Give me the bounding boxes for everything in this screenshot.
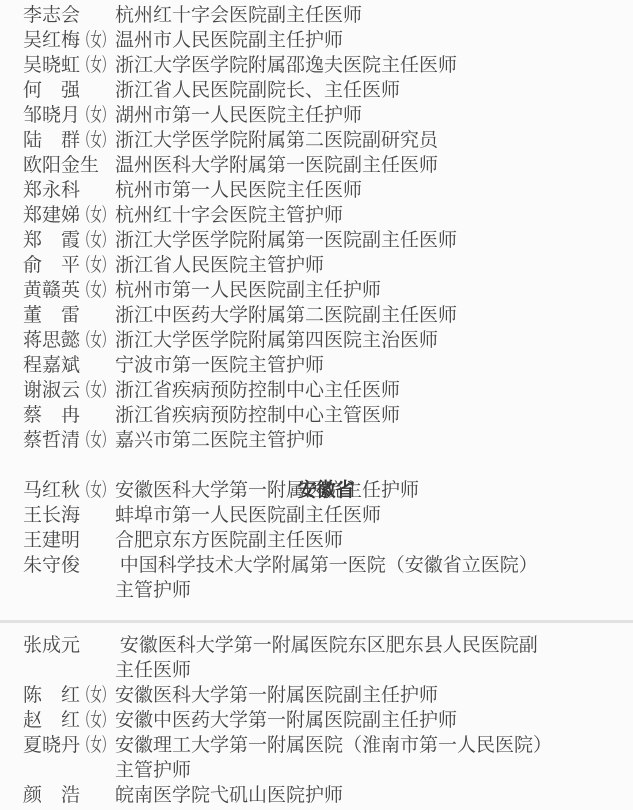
- gender-note: （女）: [79, 378, 113, 403]
- gender-note: （女）: [79, 203, 113, 228]
- affiliation-title: 湖州市第一人民医院主任护师: [115, 103, 362, 128]
- roster-entry: 郑 霞 （女） 浙江大学医学院附属第一医院副主任医师: [0, 228, 633, 253]
- affiliation-title: 温州市人民医院副主任护师: [115, 28, 343, 53]
- affiliation-title: 嘉兴市第二医院主管护师: [115, 428, 324, 453]
- affiliation-title: 皖南医学院弋矶山医院护师: [115, 783, 343, 808]
- affiliation-title-continued: 主管护师: [115, 758, 191, 783]
- affiliation-title: 合肥京东方医院副主任医师: [115, 528, 343, 553]
- roster-entry: 赵 红 （女） 安徽中医药大学第一附属医院副主任护师: [0, 708, 633, 733]
- person-name: 黄赣英: [23, 278, 80, 303]
- affiliation-title: 安徽医科大学第一附属医院东区肥东县人民医院副: [115, 633, 538, 658]
- affiliation-title: 杭州市第一人民医院主任医师: [115, 178, 362, 203]
- roster-entry: 马红秋 （女） 安徽医科大学第一附属医院主任护师: [0, 478, 633, 503]
- gender-note: （女）: [79, 428, 113, 453]
- roster-entry: 邹晓月 （女） 湖州市第一人民医院主任护师: [0, 103, 633, 128]
- person-name: 邹晓月: [23, 103, 80, 128]
- page-divider-line: [0, 620, 633, 623]
- affiliation-title: 浙江大学医学院附属第四医院主治医师: [115, 328, 438, 353]
- roster-entry: 李志会 杭州红十字会医院副主任医师: [0, 3, 633, 28]
- person-name: 王长海: [23, 503, 80, 528]
- roster-entry: 郑永科 杭州市第一人民医院主任医师: [0, 178, 633, 203]
- affiliation-title: 中国科学技术大学附属第一医院（安徽省立医院）: [115, 553, 538, 578]
- page-break-gap: [0, 603, 633, 633]
- affiliation-title-continued: 主管护师: [115, 578, 191, 603]
- gender-note: （女）: [79, 128, 113, 153]
- gender-note: （女）: [79, 478, 113, 503]
- person-name: 程嘉斌: [23, 353, 80, 378]
- affiliation-continuation-line: 主任医师: [0, 658, 633, 683]
- gender-note: （女）: [79, 228, 113, 253]
- affiliation-title: 杭州市第一人民医院副主任护师: [115, 278, 381, 303]
- gender-note: （女）: [79, 253, 113, 278]
- gender-note: （女）: [79, 683, 113, 708]
- gender-note: （女）: [79, 733, 113, 758]
- roster-entry: 吴晓虹 （女） 浙江大学医学院附属邵逸夫医院主任医师: [0, 53, 633, 78]
- gender-note: （女）: [79, 328, 113, 353]
- person-name: 董 雷: [23, 303, 80, 328]
- person-name: 俞 平: [23, 253, 80, 278]
- person-name: 王建明: [23, 528, 80, 553]
- person-name: 郑建娣: [23, 203, 80, 228]
- person-name: 吴红梅: [23, 28, 80, 53]
- affiliation-title: 浙江大学医学院附属邵逸夫医院主任医师: [115, 53, 457, 78]
- affiliation-title: 安徽中医药大学第一附属医院副主任护师: [115, 708, 457, 733]
- roster-entry: 董 雷 浙江中医药大学附属第二医院副主任医师: [0, 303, 633, 328]
- affiliation-title-continued: 主任医师: [115, 658, 191, 683]
- person-name: 张成元: [23, 633, 80, 658]
- roster-entry: 何 强 浙江省人民医院副院长、主任医师: [0, 78, 633, 103]
- roster-entry: 王建明 合肥京东方医院副主任医师: [0, 528, 633, 553]
- person-name: 欧阳金生: [23, 153, 99, 178]
- gender-note: （女）: [79, 28, 113, 53]
- affiliation-title: 安徽医科大学第一附属医院主任护师: [115, 478, 419, 503]
- person-name: 蔡哲清: [23, 428, 80, 453]
- gender-note: （女）: [79, 103, 113, 128]
- person-name: 颜 浩: [23, 783, 80, 808]
- affiliation-title: 杭州红十字会医院主管护师: [115, 203, 343, 228]
- roster-entry: 蔡哲清 （女） 嘉兴市第二医院主管护师: [0, 428, 633, 453]
- affiliation-title: 浙江省人民医院主管护师: [115, 253, 324, 278]
- affiliation-title: 安徽理工大学第一附属医院（淮南市第一人民医院）: [115, 733, 552, 758]
- affiliation-title: 宁波市第一医院主管护师: [115, 353, 324, 378]
- gender-note: （女）: [79, 278, 113, 303]
- roster-entry: 朱守俊 中国科学技术大学附属第一医院（安徽省立医院）: [0, 553, 633, 578]
- affiliation-title: 温州医科大学附属第一医院副主任医师: [115, 153, 438, 178]
- affiliation-title: 浙江中医药大学附属第二医院副主任医师: [115, 303, 457, 328]
- person-name: 陈 红: [23, 683, 80, 708]
- person-name: 蒋思懿: [23, 328, 80, 353]
- person-name: 李志会: [23, 3, 80, 28]
- document-page: 李志会 杭州红十字会医院副主任医师 吴红梅 （女） 温州市人民医院副主任护师 吴…: [0, 0, 633, 810]
- person-name: 蔡 冉: [23, 403, 80, 428]
- gender-note: （女）: [79, 53, 113, 78]
- affiliation-title: 安徽医科大学第一附属医院副主任护师: [115, 683, 438, 708]
- roster-entry: 俞 平 （女） 浙江省人民医院主管护师: [0, 253, 633, 278]
- roster-entry: 吴红梅 （女） 温州市人民医院副主任护师: [0, 28, 633, 53]
- province-section-header: 安徽省: [0, 453, 633, 478]
- person-name: 谢淑云: [23, 378, 80, 403]
- roster-entry: 颜 浩 皖南医学院弋矶山医院护师: [0, 783, 633, 808]
- gender-note: （女）: [79, 708, 113, 733]
- roster-entry: 蔡 冉 浙江省疾病预防控制中心主管医师: [0, 403, 633, 428]
- affiliation-continuation-line: 主管护师: [0, 758, 633, 783]
- affiliation-title: 蚌埠市第一人民医院副主任医师: [115, 503, 381, 528]
- affiliation-title: 浙江省疾病预防控制中心主任医师: [115, 378, 400, 403]
- roster-entry: 郑建娣 （女） 杭州红十字会医院主管护师: [0, 203, 633, 228]
- person-name: 郑 霞: [23, 228, 80, 253]
- roster-entry: 谢淑云 （女） 浙江省疾病预防控制中心主任医师: [0, 378, 633, 403]
- person-name: 何 强: [23, 78, 80, 103]
- roster-entry: 程嘉斌 宁波市第一医院主管护师: [0, 353, 633, 378]
- person-name: 朱守俊: [23, 553, 80, 578]
- person-name: 吴晓虹: [23, 53, 80, 78]
- roster-entry: 王长海 蚌埠市第一人民医院副主任医师: [0, 503, 633, 528]
- roster-entry: 陈 红 （女） 安徽医科大学第一附属医院副主任护师: [0, 683, 633, 708]
- person-name: 陆 群: [23, 128, 80, 153]
- affiliation-title: 浙江省人民医院副院长、主任医师: [115, 78, 400, 103]
- person-name: 夏晓丹: [23, 733, 80, 758]
- person-name: 马红秋: [23, 478, 80, 503]
- roster-entry: 欧阳金生 温州医科大学附属第一医院副主任医师: [0, 153, 633, 178]
- affiliation-title: 浙江大学医学院附属第二医院副研究员: [115, 128, 438, 153]
- affiliation-continuation-line: 主管护师: [0, 578, 633, 603]
- roster-entry: 蒋思懿 （女） 浙江大学医学院附属第四医院主治医师: [0, 328, 633, 353]
- person-name: 赵 红: [23, 708, 80, 733]
- roster-entry: 张成元 安徽医科大学第一附属医院东区肥东县人民医院副: [0, 633, 633, 658]
- roster-entry: 陆 群 （女） 浙江大学医学院附属第二医院副研究员: [0, 128, 633, 153]
- affiliation-title: 浙江大学医学院附属第一医院副主任医师: [115, 228, 457, 253]
- person-name: 郑永科: [23, 178, 80, 203]
- roster-entry: 黄赣英 （女） 杭州市第一人民医院副主任护师: [0, 278, 633, 303]
- roster-entry: 夏晓丹 （女） 安徽理工大学第一附属医院（淮南市第一人民医院）: [0, 733, 633, 758]
- affiliation-title: 杭州红十字会医院副主任医师: [115, 3, 362, 28]
- affiliation-title: 浙江省疾病预防控制中心主管医师: [115, 403, 400, 428]
